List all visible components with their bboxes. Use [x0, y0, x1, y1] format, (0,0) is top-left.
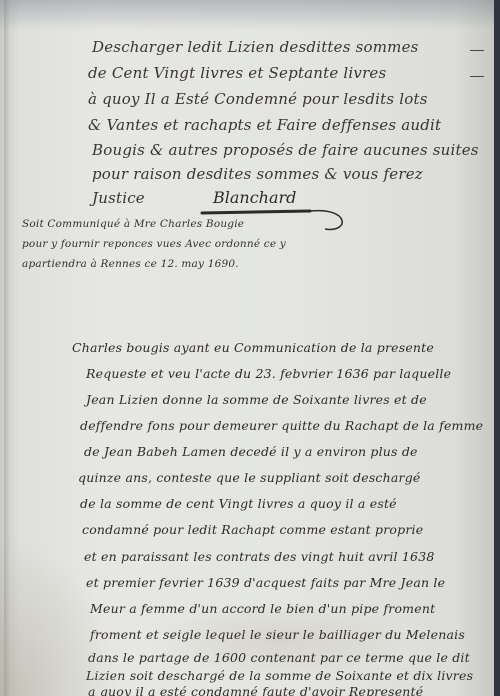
text-line: pour y fournir reponces vues Avec ordonn… [22, 238, 286, 250]
text-line: dans le partage de 1600 contenant par ce… [88, 650, 470, 665]
text-line: pour raison desdites sommes & vous ferez [92, 165, 423, 183]
text-line: condamné pour ledit Rachapt comme estant… [82, 522, 423, 537]
text-line: Jean Lizien donne la somme de Soixante l… [86, 392, 427, 407]
text-line: de la somme de cent Vingt livres a quoy … [80, 496, 397, 511]
text-line: Soit Communiqué à Mre Charles Bougie [22, 218, 244, 230]
text-line: de Cent Vingt livres et Septante livres [88, 64, 386, 82]
text-line: et en paraissant les contrats des vingt … [84, 549, 435, 564]
page-binding-shadow [4, 0, 10, 696]
text-line: Meur a femme d'un accord le bien d'un pi… [90, 601, 435, 616]
text-line: Bougis & autres proposés de faire aucune… [92, 141, 479, 159]
text-line: Charles bougis ayant eu Communication de… [72, 340, 434, 355]
line-filler-dash [470, 50, 484, 51]
text-line: quinze ans, conteste que le suppliant so… [78, 470, 421, 485]
text-line: Descharger ledit Lizien desdittes sommes [92, 38, 419, 56]
text-line: Lizien soit deschargé de la somme de Soi… [86, 668, 473, 683]
text-line: deffendre fons pour demeurer quitte du R… [80, 418, 483, 433]
line-filler-dash [470, 76, 484, 77]
text-line: à quoy Il a Esté Condemné pour lesdits l… [88, 90, 428, 108]
text-line: froment et seigle lequel le sieur le bai… [90, 627, 465, 642]
text-line: et premier fevrier 1639 d'acquest faits … [86, 575, 445, 590]
page-edge-shadow [494, 0, 500, 696]
text-line: de Jean Babeh Lamen decedé il y a enviro… [84, 444, 418, 459]
manuscript-page: Descharger ledit Lizien desdittes sommes… [0, 0, 494, 696]
text-line: a quoy il a esté condamné faute d'avoir … [88, 684, 423, 696]
text-line: Requeste et veu l'acte du 23. febvrier 1… [86, 366, 451, 381]
text-line: apartiendra à Rennes ce 12. may 1690. [22, 258, 239, 270]
text-line: & Vantes et rachapts et Faire deffenses … [88, 116, 441, 134]
text-line: Justice [92, 189, 145, 207]
